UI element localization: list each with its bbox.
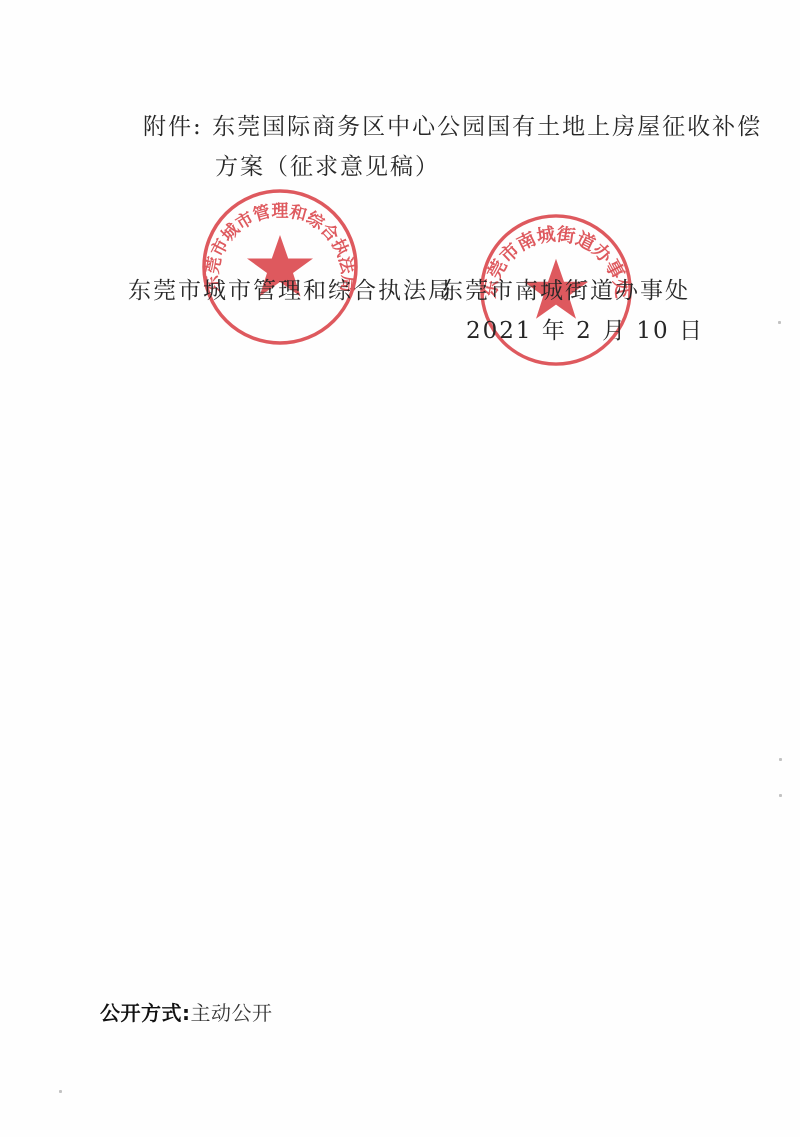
attachment-title: 东莞国际商务区中心公园国有土地上房屋征收补偿 [212,114,762,140]
attachment-label: 附件: [143,114,203,140]
scan-speck [779,758,782,761]
document-page: 附件: 东莞国际商务区中心公园国有土地上房屋征收补偿 方案（征求意见稿） 东莞市… [0,0,800,1137]
signatory-nancheng-subdistrict-office: 东莞市南城街道办事处 [440,272,690,305]
disclosure-separator: : [182,1001,191,1025]
disclosure-value: 主动公开 [191,1001,273,1025]
scan-speck [778,321,781,324]
disclosure-label: 公开方式 [100,1001,182,1025]
attachment-title-line1: 附件: 东莞国际商务区中心公园国有土地上房屋征收补偿 [143,108,762,141]
official-seal-stamp: 东莞市城市管理和综合执法局 [200,187,360,347]
attachment-title-line2: 方案（征求意见稿） [215,148,440,181]
disclosure-method: 公开方式:主动公开 [100,997,273,1026]
signatory-city-management-bureau: 东莞市城市管理和综合执法局 [128,272,453,305]
scan-speck [59,1090,62,1093]
document-date: 2021 年 2 月 10 日 [466,312,704,345]
scan-speck [779,794,782,797]
